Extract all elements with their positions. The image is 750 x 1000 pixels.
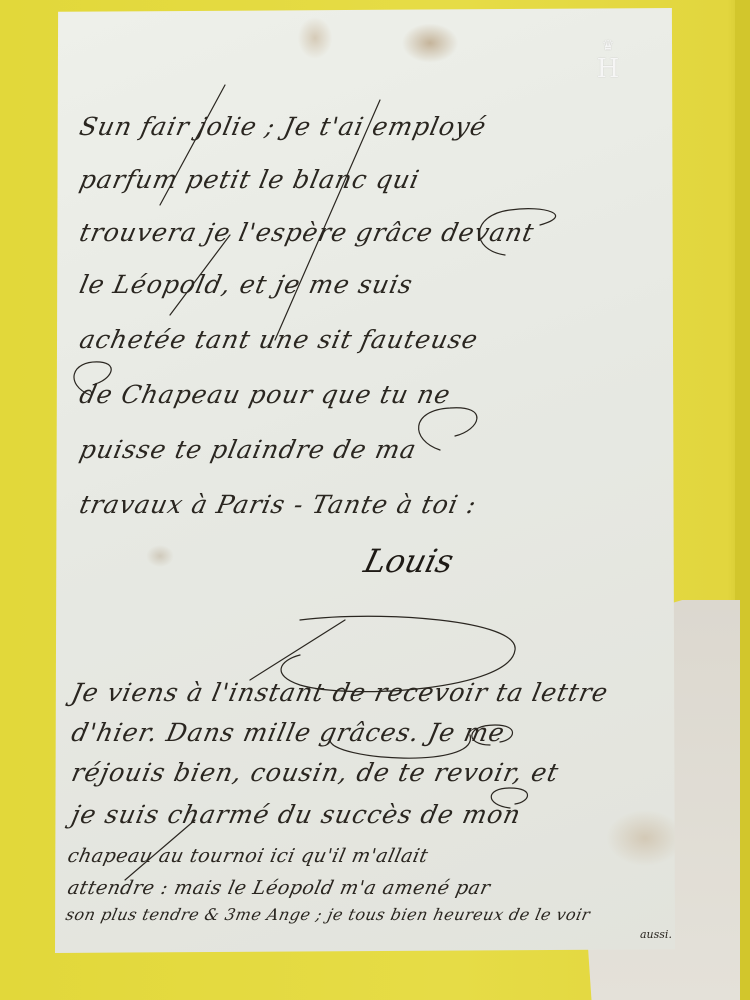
letter-line-5: achetée tant une sit fauteuse [77,325,481,354]
signature: Louis [360,542,457,580]
letter-line-7: puisse te plaindre de ma [77,435,420,464]
postscript-line-1: Je viens à l'instant de recevoir ta lett… [69,678,611,707]
letter-line-8: travaux à Paris - Tante à toi : [77,490,480,519]
postscript-line-3: réjouis bien, cousin, de te revoir, et [69,758,562,787]
monogram-letters: H [588,54,628,84]
letter-line-2: parfum petit le blanc qui [77,165,423,194]
postscript-line-4: je suis charmé du succès de mon [69,800,524,829]
postscript-line-5: chapeau au tournoi ici qu'il m'allait [66,845,431,867]
letter-line-6: de Chapeau pour que tu ne [77,380,454,409]
postscript-line-6: attendre : mais le Léopold m'a amené par [66,877,493,899]
postscript-line-7: son plus tendre & 3me Ange ; je tous bie… [64,905,592,924]
postscript-line-2: d'hier. Dans mille grâces. Je me [69,718,508,747]
letter-line-4: le Léopold, et je me suis [77,270,416,299]
letter-line-1: Sun fair jolie ; Je t'ai employé [77,112,489,141]
afterword: aussi. [640,928,672,941]
crown-icon: ♛ [588,38,628,54]
letter-line-3: trouvera je l'espère grâce devant [77,218,537,247]
embossed-monogram: ♛ H [588,38,628,98]
